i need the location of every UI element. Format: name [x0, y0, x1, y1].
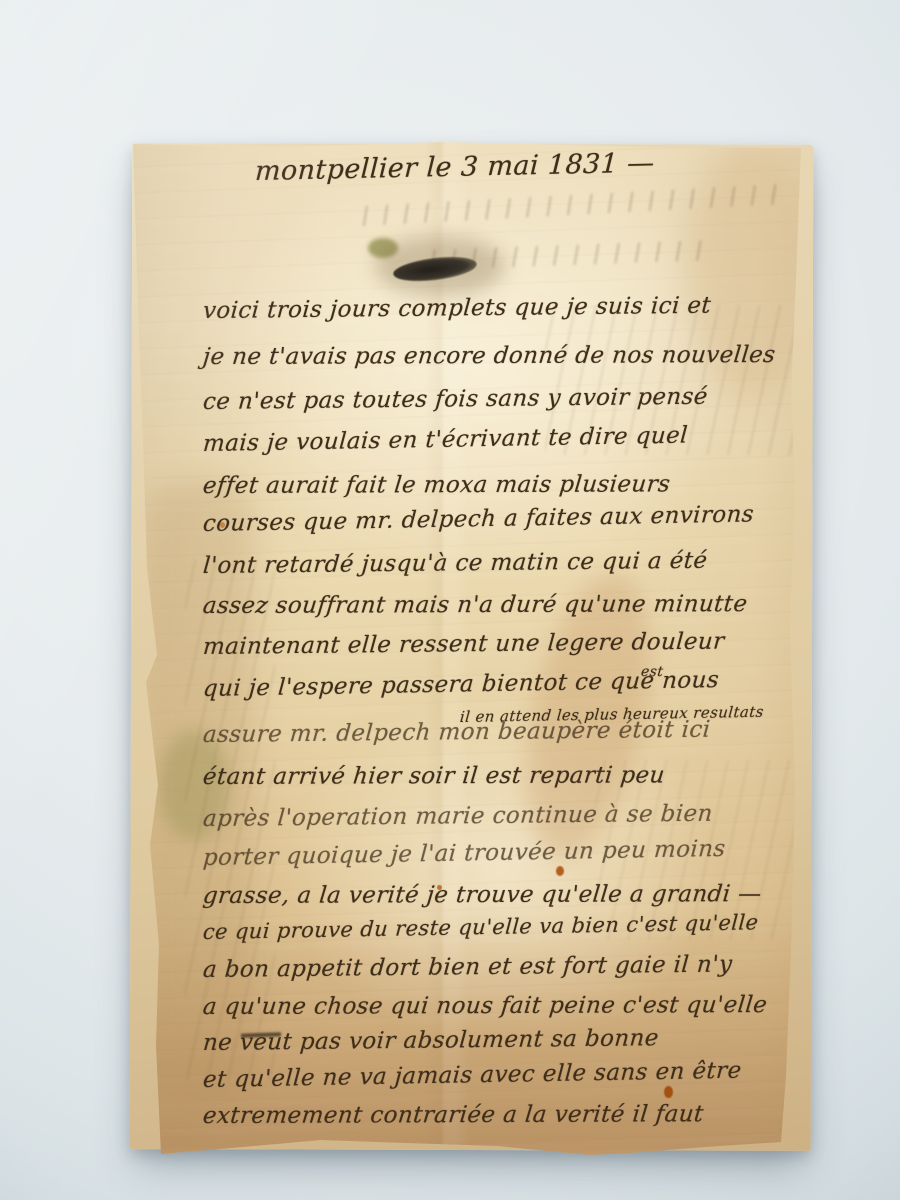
photo-backdrop: montpellier le 3 mai 1831 — voici trois …: [0, 0, 900, 1200]
letter-line: je ne t'avais pas encore donné de nos no…: [202, 342, 777, 370]
superscript-insertion: est: [640, 664, 664, 680]
letter-line: maintenant elle ressent une legere doule…: [202, 629, 726, 660]
rust-speck: [664, 1086, 673, 1098]
ink-bleedthrough-line: [357, 184, 787, 226]
letter-line: assure mr. delpech mon beaupère étoit ic…: [202, 717, 711, 748]
letter-line: voici trois jours complets que je suis i…: [202, 293, 712, 324]
letter-dateline: montpellier le 3 mai 1831 —: [254, 148, 655, 187]
letter-line: grasse, a la verité je trouve qu'elle a …: [202, 881, 763, 909]
letter-line: porter quoique je l'ai trouvée un peu mo…: [202, 836, 726, 871]
letter-line: ce qui prouve du reste qu'elle va bien c…: [202, 910, 759, 944]
letter-line: extremement contrariée a la verité il fa…: [202, 1101, 705, 1129]
letter-line: effet aurait fait le moxa mais plusieurs: [202, 471, 672, 499]
letter-line: courses que mr. delpech a faites aux env…: [202, 501, 755, 537]
letter-line: mais je voulais en t'écrivant te dire qu…: [202, 423, 689, 457]
letter-line: l'ont retardé jusqu'à ce matin ce qui a …: [202, 548, 708, 579]
letter-page: montpellier le 3 mai 1831 — voici trois …: [125, 140, 810, 1155]
letter-line: ne veut pas voir absolument sa bonne: [202, 1025, 660, 1056]
letter-line: a qu'une chose qui nous fait peine c'est…: [202, 992, 769, 1020]
letter-line: assez souffrant mais n'a duré qu'une min…: [202, 591, 749, 619]
letter-line: et qu'elle ne va jamais avec elle sans e…: [202, 1058, 742, 1093]
letter-line: étant arrivé hier soir il est reparti pe…: [202, 762, 666, 790]
letter-line: après l'operation marie continue à se bi…: [202, 801, 714, 832]
rust-speck: [556, 866, 564, 876]
letter-line: a bon appetit dort bien et est fort gaie…: [202, 951, 733, 983]
letter-line: ce n'est pas toutes fois sans y avoir pe…: [202, 384, 709, 415]
